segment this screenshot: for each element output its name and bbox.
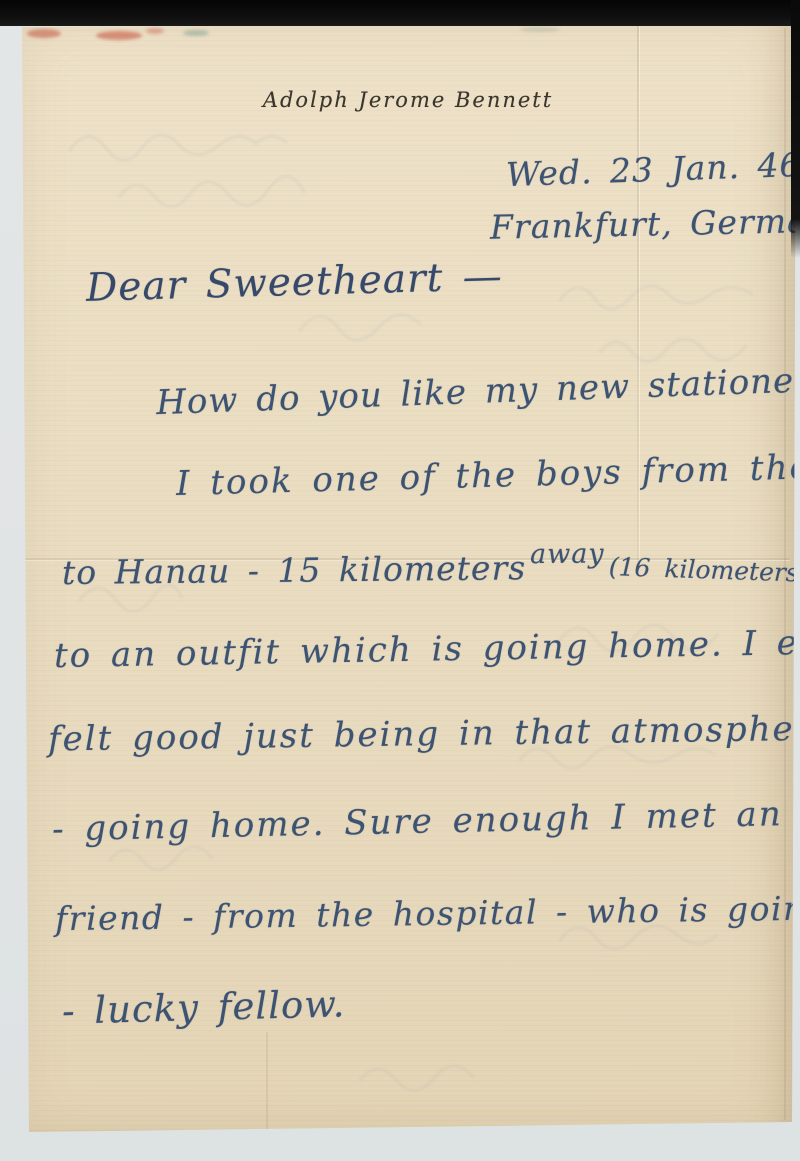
body-line-8: - lucky fellow. — [61, 982, 345, 1032]
red-residue-mark — [96, 31, 142, 40]
letterhead-name: Adolph Jerome Bennett — [22, 88, 794, 112]
inserted-word-above-line: away — [530, 538, 605, 570]
red-residue-mark — [146, 28, 164, 34]
scanned-letter-page: Adolph Jerome Bennett Wed. 23 Jan. 46 Fr… — [0, 0, 800, 1161]
body-line-3-main: to Hanau - 15 kilometers — [62, 548, 527, 592]
teal-residue-mark — [183, 30, 209, 36]
scanner-edge-right-strip — [791, 0, 800, 258]
teal-residue-mark — [520, 27, 560, 32]
place-line: Frankfurt, Germany — [490, 200, 800, 247]
red-residue-mark — [27, 29, 61, 38]
letter-paper: Adolph Jerome Bennett Wed. 23 Jan. 46 Fr… — [0, 0, 800, 1161]
scanner-edge-top-bar — [0, 0, 800, 26]
